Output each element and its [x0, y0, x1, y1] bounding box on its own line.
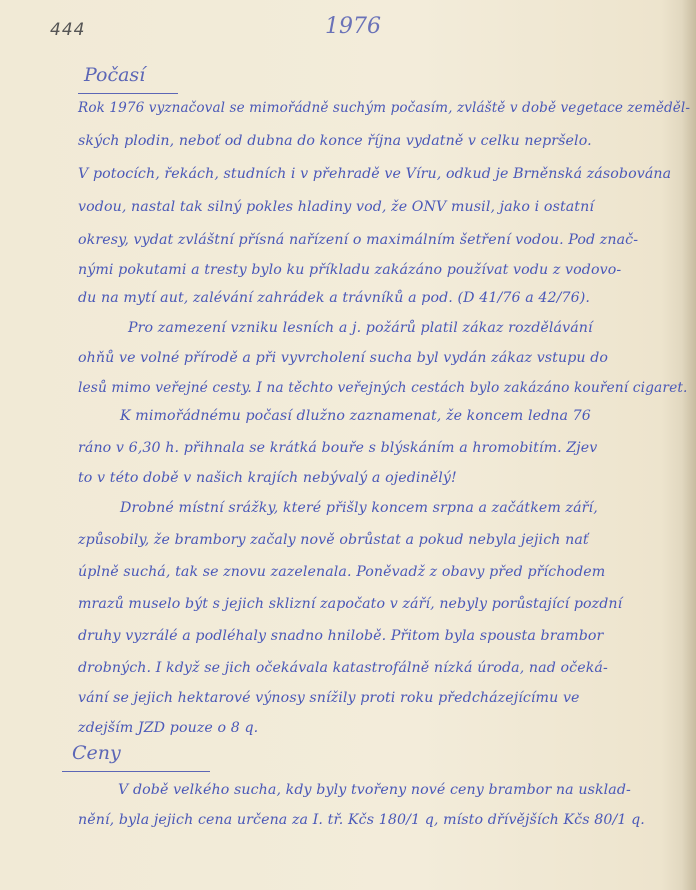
text-line: vání se jejich hektarové výnosy snížily …	[78, 690, 580, 706]
text-line: ohňů ve volné přírodě a při vyvrcholení …	[78, 350, 608, 366]
text-line: to v této době v našich krajích nebývalý…	[78, 470, 457, 486]
text-line: druhy vyzrálé a podléhaly snadno hnilobě…	[78, 628, 603, 644]
text-line: okresy, vydat zvláštní přísná nařízení o…	[78, 232, 638, 248]
text-line: V době velkého sucha, kdy byly tvořeny n…	[118, 782, 631, 798]
text-line: zdejším JZD pouze o 8 q.	[78, 720, 258, 736]
text-line: úplně suchá, tak se znovu zazelenala. Po…	[78, 564, 605, 580]
text-line: vodou, nastal tak silný pokles hladiny v…	[78, 199, 594, 215]
section-heading-text: Počasí	[84, 64, 145, 86]
year-header: 1976	[325, 14, 381, 39]
text-line: ráno v 6,30 h. přihnala se krátká bouře …	[78, 440, 597, 456]
text-line: způsobily, že brambory začaly nově obrůs…	[78, 532, 589, 548]
text-line: mrazů muselo být s jejich sklizní započa…	[78, 596, 622, 612]
text-line: du na mytí aut, zalévání zahrádek a tráv…	[78, 290, 590, 306]
text-line: drobných. I když se jich očekávala katas…	[78, 660, 608, 676]
text-line: lesů mimo veřejné cesty. I na těchto veř…	[78, 380, 687, 396]
section-heading-prices: Ceny	[72, 742, 121, 766]
text-line: Drobné místní srážky, které přišly konce…	[120, 500, 598, 516]
text-line: Pro zamezení vzniku lesních a j. požárů …	[128, 320, 593, 336]
heading-underline	[62, 771, 210, 772]
text-line: Rok 1976 vyznačoval se mimořádně suchým …	[78, 100, 690, 116]
text-line: V potocích, řekách, studních i v přehrad…	[78, 166, 671, 182]
section-heading-text: Ceny	[72, 742, 121, 764]
chronicle-page: 444 1976 Počasí Rok 1976 vyznačoval se m…	[0, 0, 696, 890]
heading-underline	[78, 93, 178, 94]
text-line: nění, byla jejich cena určena za I. tř. …	[78, 812, 645, 828]
text-line: K mimořádnému počasí dlužno zaznamenat, …	[120, 408, 591, 424]
page-number: 444	[50, 20, 85, 40]
text-line: ských plodin, neboť od dubna do konce ří…	[78, 133, 592, 149]
section-heading-weather: Počasí	[84, 64, 145, 88]
text-line: nými pokutami a tresty bylo ku příkladu …	[78, 262, 621, 278]
